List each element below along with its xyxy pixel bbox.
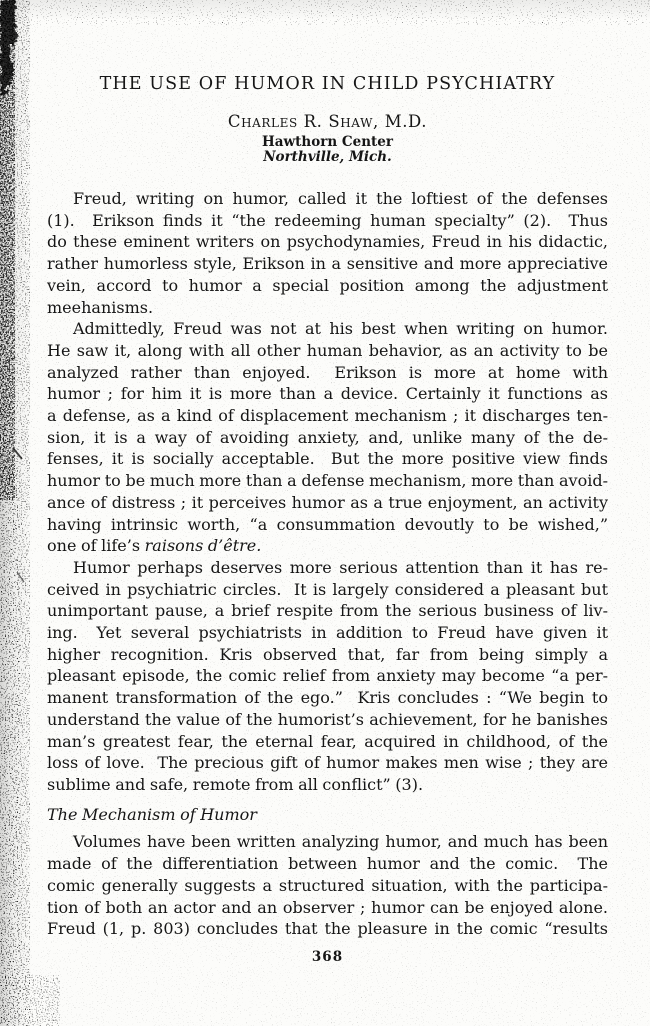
text-segment: fenses, it is socially acceptable. But t… xyxy=(47,449,608,468)
text-line: Freud, writing on humor, called it the l… xyxy=(47,188,608,210)
text-line: He saw it, along with all other human be… xyxy=(47,340,608,362)
text-segment: tion of both an actor and an observer ; … xyxy=(47,898,608,917)
text-line: man’s greatest fear, the eternal fear, a… xyxy=(47,731,608,753)
text-segment: ceived in psychiatric circles. It is lar… xyxy=(47,580,608,599)
text-line: sion, it is a way of avoiding anxiety, a… xyxy=(47,427,608,449)
text-segment: understand the value of the humorist’s a… xyxy=(47,710,608,729)
text-line: fenses, it is socially acceptable. But t… xyxy=(47,448,608,470)
text-segment: sublime and safe, remote from all confli… xyxy=(47,775,423,794)
text-segment: Humor perhaps deserves more serious atte… xyxy=(73,558,608,577)
text-line: understand the value of the humorist’s a… xyxy=(47,709,608,731)
text-line: unimportant pause, a brief respite from … xyxy=(47,600,608,622)
text-segment: He saw it, along with all other human be… xyxy=(47,341,608,360)
text-segment: pleasant episode, the comic relief from … xyxy=(47,666,608,685)
text-segment: sion, it is a way of avoiding anxiety, a… xyxy=(47,428,608,447)
page-content: THE USE OF HUMOR IN CHILD PSYCHIATRY Cha… xyxy=(47,0,608,965)
text-segment: Volumes have been written analyzing humo… xyxy=(73,832,608,851)
text-segment: a defense, as a kind of displacement mec… xyxy=(47,406,608,425)
text-segment: Freud, writing on humor, called it the l… xyxy=(73,189,608,208)
text-line: higher recognition. Kris observed that, … xyxy=(47,644,608,666)
paragraph: Admittedly, Freud was not at his best wh… xyxy=(47,318,608,557)
text-segment: humor ; for him it is more than a device… xyxy=(47,384,608,403)
left-edge-noise-dense xyxy=(0,0,15,500)
text-line: ing. Yet several psychiatrists in additi… xyxy=(47,622,608,644)
paragraph: Volumes have been written analyzing humo… xyxy=(47,831,608,940)
text-line: made of the differentiation between humo… xyxy=(47,853,608,875)
text-segment: ance of distress ; it perceives humor as… xyxy=(47,493,608,512)
text-segment: man’s greatest fear, the eternal fear, a… xyxy=(47,732,608,751)
text-segment: Admittedly, Freud was not at his best wh… xyxy=(73,319,608,338)
page-number: 368 xyxy=(47,949,608,965)
text-segment: one of life’s xyxy=(47,536,145,555)
stray-pen-mark xyxy=(17,572,24,582)
text-segment: vein, accord to humor a special position… xyxy=(47,276,608,295)
text-line: meehanisms. xyxy=(47,297,608,319)
text-line: rather humorless style, Erikson in a sen… xyxy=(47,253,608,275)
section-heading: The Mechanism of Humor xyxy=(47,804,608,826)
left-edge-noise xyxy=(0,0,30,1026)
text-segment: rather humorless style, Erikson in a sen… xyxy=(47,254,608,273)
text-line: loss of love. The precious gift of humor… xyxy=(47,752,608,774)
text-line: comic generally suggests a structured si… xyxy=(47,875,608,897)
stray-pen-mark xyxy=(13,448,22,459)
text-line: do these eminent writers on psychodynami… xyxy=(47,231,608,253)
italic-phrase: raisons d’être. xyxy=(145,536,262,555)
paragraph: Humor perhaps deserves more serious atte… xyxy=(47,557,608,796)
text-line: (1). Erikson finds it “the redeeming hum… xyxy=(47,210,608,232)
text-line: sublime and safe, remote from all confli… xyxy=(47,774,608,796)
text-segment: higher recognition. Kris observed that, … xyxy=(47,645,608,664)
article-title: THE USE OF HUMOR IN CHILD PSYCHIATRY xyxy=(47,73,608,95)
text-line: Freud (1, p. 803) concludes that the ple… xyxy=(47,918,608,940)
text-line: Admittedly, Freud was not at his best wh… xyxy=(47,318,608,340)
text-line: ceived in psychiatric circles. It is lar… xyxy=(47,579,608,601)
text-line: Humor perhaps deserves more serious atte… xyxy=(47,557,608,579)
text-line: vein, accord to humor a special position… xyxy=(47,275,608,297)
text-segment: ing. Yet several psychiatrists in additi… xyxy=(47,623,608,642)
text-segment: (1). Erikson finds it “the redeeming hum… xyxy=(47,211,608,230)
author-name: Charles R. Shaw, M.D. xyxy=(47,112,608,132)
corner-ink-blob xyxy=(0,0,16,96)
affiliation-center: Hawthorn Center xyxy=(47,135,608,150)
text-line: pleasant episode, the comic relief from … xyxy=(47,665,608,687)
text-segment: made of the differentiation between humo… xyxy=(47,854,608,873)
paragraph: Freud, writing on humor, called it the l… xyxy=(47,188,608,318)
text-line: Volumes have been written analyzing humo… xyxy=(47,831,608,853)
text-segment: comic generally suggests a structured si… xyxy=(47,876,608,895)
text-line: humor ; for him it is more than a device… xyxy=(47,383,608,405)
text-line: humor to be much more than a defense mec… xyxy=(47,470,608,492)
text-segment: having intrinsic worth, “a consummation … xyxy=(47,515,608,534)
text-segment: humor to be much more than a defense mec… xyxy=(47,471,608,490)
affiliation-city: Northville, Mich. xyxy=(47,150,608,165)
bottom-left-noise xyxy=(0,975,60,1026)
article-body: Freud, writing on humor, called it the l… xyxy=(47,188,608,940)
text-line: having intrinsic worth, “a consummation … xyxy=(47,514,608,536)
scanned-page: THE USE OF HUMOR IN CHILD PSYCHIATRY Cha… xyxy=(0,0,650,1026)
text-line: one of life’s raisons d’être. xyxy=(47,535,608,557)
text-line: analyzed rather than enjoyed. Erikson is… xyxy=(47,362,608,384)
left-edge-noise-lower xyxy=(0,470,20,1026)
text-segment: unimportant pause, a brief respite from … xyxy=(47,601,608,620)
text-line: ance of distress ; it perceives humor as… xyxy=(47,492,608,514)
text-line: manent transformation of the ego.” Kris … xyxy=(47,687,608,709)
text-segment: analyzed rather than enjoyed. Erikson is… xyxy=(47,363,608,382)
text-line: a defense, as a kind of displacement mec… xyxy=(47,405,608,427)
text-segment: manent transformation of the ego.” Kris … xyxy=(47,688,608,707)
text-segment: do these eminent writers on psychodynami… xyxy=(47,232,608,251)
text-segment: meehanisms. xyxy=(47,298,153,317)
text-segment: Freud (1, p. 803) concludes that the ple… xyxy=(47,919,608,938)
text-line: tion of both an actor and an observer ; … xyxy=(47,897,608,919)
text-segment: loss of love. The precious gift of humor… xyxy=(47,753,608,772)
